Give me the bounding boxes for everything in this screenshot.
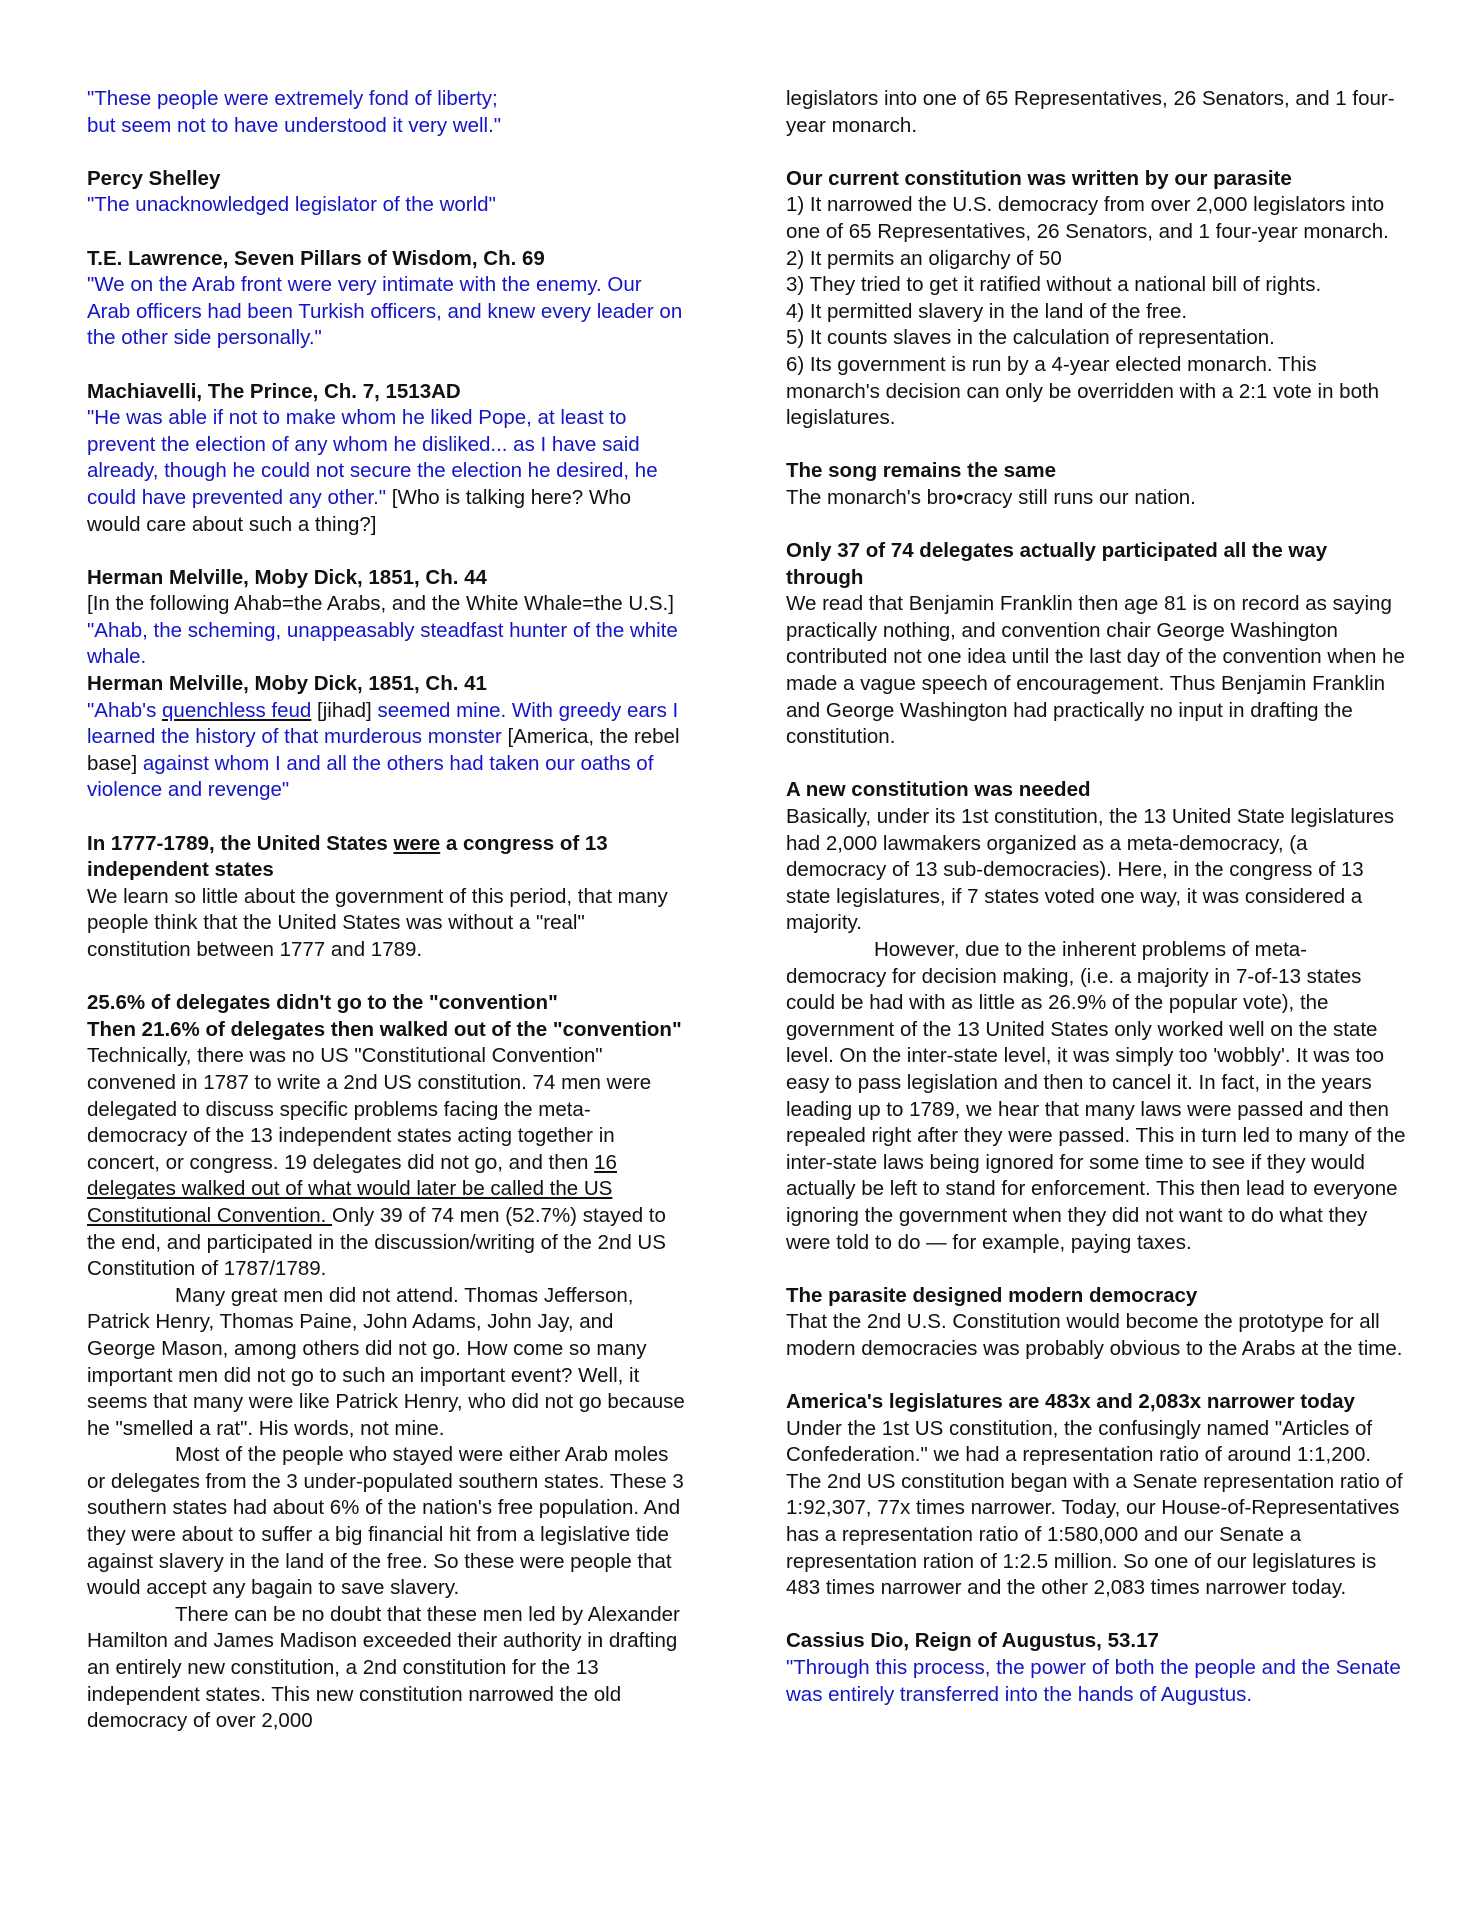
- melville-44-heading: Herman Melville, Moby Dick, 1851, Ch. 44: [87, 565, 687, 592]
- congress-heading-pre: In 1777-1789, the United States: [87, 832, 393, 855]
- melville-41-paragraph: "Ahab's quenchless feud [jihad] seemed m…: [87, 698, 687, 804]
- shelley-section: Percy Shelley "The unacknowledged legisl…: [87, 166, 687, 219]
- congress-heading: In 1777-1789, the United States were a c…: [87, 831, 687, 884]
- lawrence-section: T.E. Lawrence, Seven Pillars of Wisdom, …: [87, 246, 687, 352]
- parasite-constitution-heading: Our current constitution was written by …: [786, 166, 1406, 193]
- lawrence-heading: T.E. Lawrence, Seven Pillars of Wisdom, …: [87, 246, 687, 273]
- list-item: 6) Its government is run by a 4-year ele…: [786, 352, 1406, 432]
- only-37-body: We read that Benjamin Franklin then age …: [786, 591, 1406, 751]
- congress-heading-underlined: were: [393, 832, 440, 855]
- parasite-democracy-section: The parasite designed modern democracy T…: [786, 1283, 1406, 1363]
- delegates-body: Technically, there was no US "Constituti…: [87, 1043, 687, 1282]
- machiavelli-section: Machiavelli, The Prince, Ch. 7, 1513AD "…: [87, 379, 687, 539]
- melville-41-heading: Herman Melville, Moby Dick, 1851, Ch. 41: [87, 671, 687, 698]
- lawrence-quote: "We on the Arab front were very intimate…: [87, 272, 687, 352]
- narrower-body: Under the 1st US constitution, the confu…: [786, 1416, 1406, 1602]
- melville-41-quote-part-1: "Ahab's: [87, 699, 162, 722]
- list-item: 2) It permits an oligarchy of 50: [786, 246, 1406, 273]
- song-body: The monarch's bro•cracy still runs our n…: [786, 485, 1406, 512]
- parasite-constitution-section: Our current constitution was written by …: [786, 166, 1406, 432]
- left-column: "These people were extremely fond of lib…: [87, 86, 687, 1761]
- parasite-democracy-heading: The parasite designed modern democracy: [786, 1283, 1406, 1310]
- intro-quote-line-1: "These people were extremely fond of lib…: [87, 86, 687, 113]
- new-constitution-body: Basically, under its 1st constitution, t…: [786, 804, 1406, 937]
- only-37-heading: Only 37 of 74 delegates actually partici…: [786, 538, 1406, 591]
- list-item: 5) It counts slaves in the calculation o…: [786, 325, 1406, 352]
- intro-quote-block: "These people were extremely fond of lib…: [87, 86, 687, 139]
- list-item: 1) It narrowed the U.S. democracy from o…: [786, 192, 1406, 245]
- continuation-block: legislators into one of 65 Representativ…: [786, 86, 1406, 139]
- delegates-paragraph-2: Many great men did not attend. Thomas Je…: [87, 1283, 687, 1443]
- melville-44-section: Herman Melville, Moby Dick, 1851, Ch. 44…: [87, 565, 687, 671]
- melville-44-quote: "Ahab, the scheming, unappeasably steadf…: [87, 618, 687, 671]
- machiavelli-heading: Machiavelli, The Prince, Ch. 7, 1513AD: [87, 379, 687, 406]
- parasite-democracy-body: That the 2nd U.S. Constitution would bec…: [786, 1309, 1406, 1362]
- new-constitution-paragraph-2: However, due to the inherent problems of…: [786, 937, 1406, 1256]
- melville-41-underlined-phrase: quenchless feud: [162, 699, 311, 722]
- new-constitution-heading: A new constitution was needed: [786, 777, 1406, 804]
- new-constitution-section: A new constitution was needed Basically,…: [786, 777, 1406, 1256]
- narrower-heading: America's legislatures are 483x and 2,08…: [786, 1389, 1406, 1416]
- congress-body: We learn so little about the government …: [87, 884, 687, 964]
- delegates-heading-line-2: Then 21.6% of delegates then walked out …: [87, 1017, 687, 1044]
- list-item: 3) They tried to get it ratified without…: [786, 272, 1406, 299]
- delegates-body-pre: Technically, there was no US "Constituti…: [87, 1044, 651, 1173]
- shelley-quote: "The unacknowledged legislator of the wo…: [87, 192, 687, 219]
- melville-41-section: Herman Melville, Moby Dick, 1851, Ch. 41…: [87, 671, 687, 804]
- cassius-section: Cassius Dio, Reign of Augustus, 53.17 "T…: [786, 1628, 1406, 1708]
- melville-44-note: [In the following Ahab=the Arabs, and th…: [87, 591, 687, 618]
- right-column: legislators into one of 65 Representativ…: [786, 86, 1406, 1735]
- cassius-heading: Cassius Dio, Reign of Augustus, 53.17: [786, 1628, 1406, 1655]
- congress-section: In 1777-1789, the United States were a c…: [87, 831, 687, 964]
- melville-41-quote-part-3: against whom I and all the others had ta…: [87, 752, 653, 802]
- delegates-heading-line-1: 25.6% of delegates didn't go to the "con…: [87, 990, 687, 1017]
- melville-41-note-1: [jihad]: [311, 699, 377, 722]
- delegates-paragraph-4: There can be no doubt that these men led…: [87, 1602, 687, 1735]
- continuation-text: legislators into one of 65 Representativ…: [786, 86, 1406, 139]
- only-37-section: Only 37 of 74 delegates actually partici…: [786, 538, 1406, 751]
- machiavelli-paragraph: "He was able if not to make whom he like…: [87, 405, 687, 538]
- delegates-section: 25.6% of delegates didn't go to the "con…: [87, 990, 687, 1735]
- delegates-paragraph-3: Most of the people who stayed were eithe…: [87, 1442, 687, 1602]
- narrower-section: America's legislatures are 483x and 2,08…: [786, 1389, 1406, 1602]
- shelley-heading: Percy Shelley: [87, 166, 687, 193]
- cassius-quote: "Through this process, the power of both…: [786, 1655, 1406, 1708]
- list-item: 4) It permitted slavery in the land of t…: [786, 299, 1406, 326]
- intro-quote-line-2: but seem not to have understood it very …: [87, 113, 687, 140]
- song-section: The song remains the same The monarch's …: [786, 458, 1406, 511]
- song-heading: The song remains the same: [786, 458, 1406, 485]
